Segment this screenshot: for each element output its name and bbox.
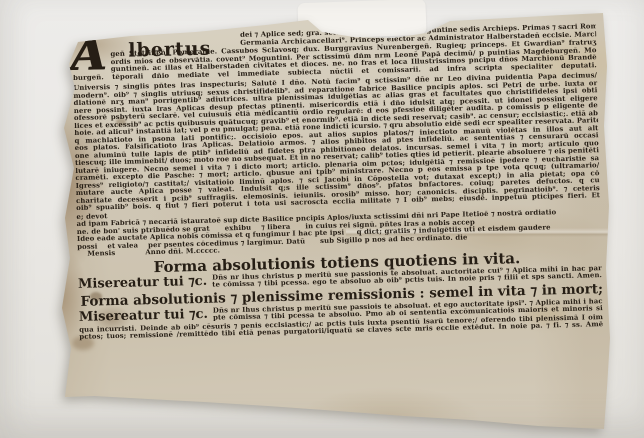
misereatur-label-2: Misereatur tui ⁊c. — [79, 307, 208, 323]
parchment-sheet: A lbertus dei ⁊ Aplice sed; gra. scte Ma… — [56, 6, 612, 434]
printed-text-block: A lbertus dei ⁊ Aplice sed; gra. scte Ma… — [72, 23, 603, 341]
woodcut-initial-A: A — [70, 33, 107, 74]
incipit-word: lbertus — [128, 40, 211, 60]
photograph-of-indulgence-document: A lbertus dei ⁊ Aplice sed; gra. scte Ma… — [0, 0, 644, 438]
body-paragraph: Universis ⁊ singlis pñtes lras inspectur… — [73, 72, 600, 212]
parchment-surface: A lbertus dei ⁊ Aplice sed; gra. scte Ma… — [56, 6, 612, 434]
misereatur-label-1: Misereatur tui ⁊c. — [78, 274, 207, 290]
